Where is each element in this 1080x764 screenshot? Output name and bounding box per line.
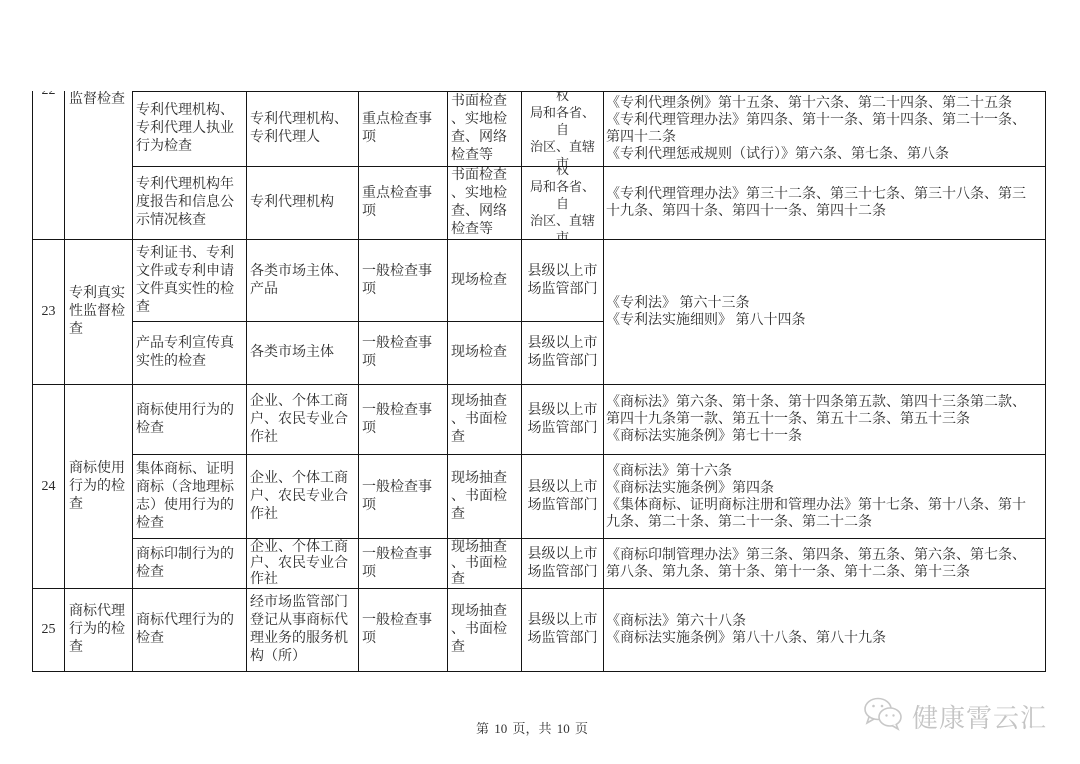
check-type-cell: 一般检查事 项: [358, 588, 448, 672]
watermark: 健康霄云汇: [862, 698, 1047, 734]
authority-cell: 县级以上市 场监管部门: [521, 239, 604, 322]
legal-basis: 《专利代理管理办法》第三十二条、第三十七条、第三十八条、第三 十九条、第四十条、…: [606, 186, 1026, 220]
check-item-cell: 产品专利宣传真 实性的检查: [132, 321, 247, 385]
check-method-cell: 现场检查: [447, 321, 522, 385]
check-target: 专利代理机构、 专利代理人: [250, 111, 348, 147]
check-type: 一般检查事 项: [362, 612, 432, 648]
check-method: 现场检查: [451, 344, 507, 362]
row-number: 25: [42, 621, 56, 639]
check-type: 一般检查事 项: [362, 546, 432, 582]
authority: 县级以上市 场监管部门: [528, 612, 598, 648]
check-target-cell: 专利代理机构、 专利代理人: [246, 91, 359, 167]
authority-cell: 县级以上市 场监管部门: [521, 321, 604, 385]
legal-basis: 《商标法》第六十八条 《商标法实施条例》第八十八条、第八十九条: [606, 613, 886, 647]
check-type-cell: 重点检查事 项: [358, 166, 448, 240]
category-label: 商标代理 行为的检 查: [69, 603, 125, 657]
authority: 县级以上市 场监管部门: [528, 479, 598, 515]
category-label: 专利真实 性监督检 查: [69, 285, 125, 339]
check-target: 企业、个体工商 户、农民专业合 作社: [250, 393, 348, 447]
document-page: 22 监督检查 专利代理机构、 专利代理人执业 行为检查 专利代理机构、 专利代…: [0, 0, 1080, 764]
legal-basis-cell: 《专利法》 第六十三条 《专利法实施细则》 第八十四条: [603, 239, 1046, 385]
legal-basis-cell: 《商标法》第十六条 《商标法实施条例》第四条 《集体商标、证明商标注册和管理办法…: [603, 454, 1046, 539]
check-method-cell: 现场检查: [447, 239, 522, 322]
row-number-cell: 25: [32, 588, 65, 672]
check-target-cell: 企业、个体工商 户、农民专业合 作社: [246, 454, 359, 539]
authority-cell: 国家知识产权 局和各省、自 治区、直辖市 知识产权局: [521, 166, 604, 240]
legal-basis: 《专利法》 第六十三条 《专利法实施细则》 第八十四条: [606, 295, 806, 329]
row-number: 22: [42, 91, 56, 100]
row-number: 24: [42, 478, 56, 496]
check-item: 集体商标、证明 商标（含地理标 志）使用行为的 检查: [136, 461, 234, 533]
check-item: 专利证书、专利 文件或专利申请 文件真实性的检 查: [136, 245, 234, 317]
authority: 县级以上市 场监管部门: [528, 263, 598, 299]
check-item: 商标使用行为的 检查: [136, 402, 234, 438]
authority: 县级以上市 场监管部门: [528, 546, 598, 582]
check-target-cell: 企业、个体工商 户、农民专业合 作社: [246, 384, 359, 455]
check-target-cell: 经市场监管部门 登记从事商标代 理业务的服务机 构（所）: [246, 588, 359, 672]
check-target-cell: 企业、个体工商 户、农民专业合 作社: [246, 538, 359, 589]
legal-basis-cell: 《商标法》第六条、第十条、第十四条第五款、第四十三条第二款、 第四十九条第一款、…: [603, 384, 1046, 455]
category-cell: 监督检查: [64, 91, 133, 240]
authority-cell: 县级以上市 场监管部门: [521, 588, 604, 672]
check-item-cell: 商标印制行为的 检查: [132, 538, 247, 589]
check-item-cell: 商标使用行为的 检查: [132, 384, 247, 455]
legal-basis: 《商标法》第六条、第十条、第十四条第五款、第四十三条第二款、 第四十九条第一款、…: [606, 394, 1026, 445]
check-item-cell: 专利代理机构、 专利代理人执业 行为检查: [132, 91, 247, 167]
legal-basis-cell: 《商标印制管理办法》第三条、第四条、第五条、第六条、第七条、 第八条、第九条、第…: [603, 538, 1046, 589]
check-item: 商标代理行为的 检查: [136, 612, 234, 648]
check-method: 书面检查 、实地检 查、网络 检查等: [451, 93, 507, 165]
check-method-cell: 现场抽查 、书面检 查: [447, 588, 522, 672]
check-method: 书面检查 、实地检 查、网络 检查等: [451, 167, 507, 239]
check-item: 专利代理机构年 度报告和信息公 示情况核查: [136, 176, 234, 230]
check-target: 企业、个体工商 户、农民专业合 作社: [250, 470, 348, 524]
check-item-cell: 集体商标、证明 商标（含地理标 志）使用行为的 检查: [132, 454, 247, 539]
check-type: 一般检查事 项: [362, 263, 432, 299]
check-type-cell: 一般检查事 项: [358, 321, 448, 385]
authority-cell: 县级以上市 场监管部门: [521, 384, 604, 455]
row-number-cell: 22: [32, 91, 65, 240]
check-target-cell: 各类市场主体、 产品: [246, 239, 359, 322]
legal-basis: 《专利代理条例》第十五条、第十六条、第二十四条、第二十五条 《专利代理管理办法》…: [606, 95, 1026, 163]
check-method-cell: 现场抽查 、书面检 查: [447, 384, 522, 455]
check-method: 现场检查: [451, 272, 507, 290]
authority-cell: 县级以上市 场监管部门: [521, 538, 604, 589]
wechat-icon: [862, 696, 906, 737]
check-item-cell: 专利代理机构年 度报告和信息公 示情况核查: [132, 166, 247, 240]
legal-basis-cell: 《商标法》第六十八条 《商标法实施条例》第八十八条、第八十九条: [603, 588, 1046, 672]
row-number-cell: 23: [32, 239, 65, 385]
check-target-cell: 各类市场主体: [246, 321, 359, 385]
check-type: 一般检查事 项: [362, 479, 432, 515]
check-type-cell: 重点检查事 项: [358, 91, 448, 167]
legal-basis-cell: 《专利代理管理办法》第三十二条、第三十七条、第三十八条、第三 十九条、第四十条、…: [603, 166, 1046, 240]
category-label: 监督检查: [69, 91, 125, 109]
check-type: 一般检查事 项: [362, 402, 432, 438]
authority: 县级以上市 场监管部门: [528, 335, 598, 371]
check-type: 一般检查事 项: [362, 335, 432, 371]
authority-cell: 县级以上市 场监管部门: [521, 454, 604, 539]
check-target: 专利代理机构: [250, 194, 334, 212]
page-indicator: 第 10 页，共 10 页: [476, 718, 588, 737]
check-method-cell: 书面检查 、实地检 查、网络 检查等: [447, 166, 522, 240]
category-cell: 专利真实 性监督检 查: [64, 239, 133, 385]
category-label: 商标使用 行为的检 查: [69, 460, 125, 514]
check-item-cell: 商标代理行为的 检查: [132, 588, 247, 672]
check-target: 各类市场主体、 产品: [250, 263, 348, 299]
check-target: 各类市场主体: [250, 344, 334, 362]
legal-basis-cell: 《专利代理条例》第十五条、第十六条、第二十四条、第二十五条 《专利代理管理办法》…: [603, 91, 1046, 167]
check-method: 现场抽查 、书面检 查: [451, 393, 507, 447]
check-item-cell: 专利证书、专利 文件或专利申请 文件真实性的检 查: [132, 239, 247, 322]
check-target: 企业、个体工商 户、农民专业合 作社: [250, 540, 348, 588]
authority: 国家知识产权 局和各省、自 治区、直辖市 知识产权局: [525, 166, 600, 240]
watermark-text: 健康霄云汇: [912, 698, 1047, 735]
check-method: 现场抽查 、书面检 查: [451, 470, 507, 524]
authority: 县级以上市 场监管部门: [528, 402, 598, 438]
check-method-cell: 现场抽查 、书面检 查: [447, 454, 522, 539]
check-item: 产品专利宣传真 实性的检查: [136, 335, 234, 371]
row-number-cell: 24: [32, 384, 65, 589]
check-target: 经市场监管部门 登记从事商标代 理业务的服务机 构（所）: [250, 594, 348, 666]
row-number: 23: [42, 303, 56, 321]
legal-basis: 《商标印制管理办法》第三条、第四条、第五条、第六条、第七条、 第八条、第九条、第…: [606, 547, 1026, 581]
check-type-cell: 一般检查事 项: [358, 239, 448, 322]
authority-cell: 国家知识产权 局和各省、自 治区、直辖市 知识产权局: [521, 91, 604, 167]
check-item: 商标印制行为的 检查: [136, 546, 234, 582]
check-method-cell: 书面检查 、实地检 查、网络 检查等: [447, 91, 522, 167]
check-type: 重点检查事 项: [362, 111, 432, 147]
check-method: 现场抽查 、书面检 查: [451, 540, 507, 588]
check-method-cell: 现场抽查 、书面检 查: [447, 538, 522, 589]
authority: 国家知识产权 局和各省、自 治区、直辖市 知识产权局: [525, 91, 600, 167]
check-item: 专利代理机构、 专利代理人执业 行为检查: [136, 102, 234, 156]
check-type-cell: 一般检查事 项: [358, 454, 448, 539]
category-cell: 商标代理 行为的检 查: [64, 588, 133, 672]
check-type-cell: 一般检查事 项: [358, 538, 448, 589]
category-cell: 商标使用 行为的检 查: [64, 384, 133, 589]
check-target-cell: 专利代理机构: [246, 166, 359, 240]
check-method: 现场抽查 、书面检 查: [451, 603, 507, 657]
legal-basis: 《商标法》第十六条 《商标法实施条例》第四条 《集体商标、证明商标注册和管理办法…: [606, 463, 1026, 531]
check-type-cell: 一般检查事 项: [358, 384, 448, 455]
check-type: 重点检查事 项: [362, 185, 432, 221]
